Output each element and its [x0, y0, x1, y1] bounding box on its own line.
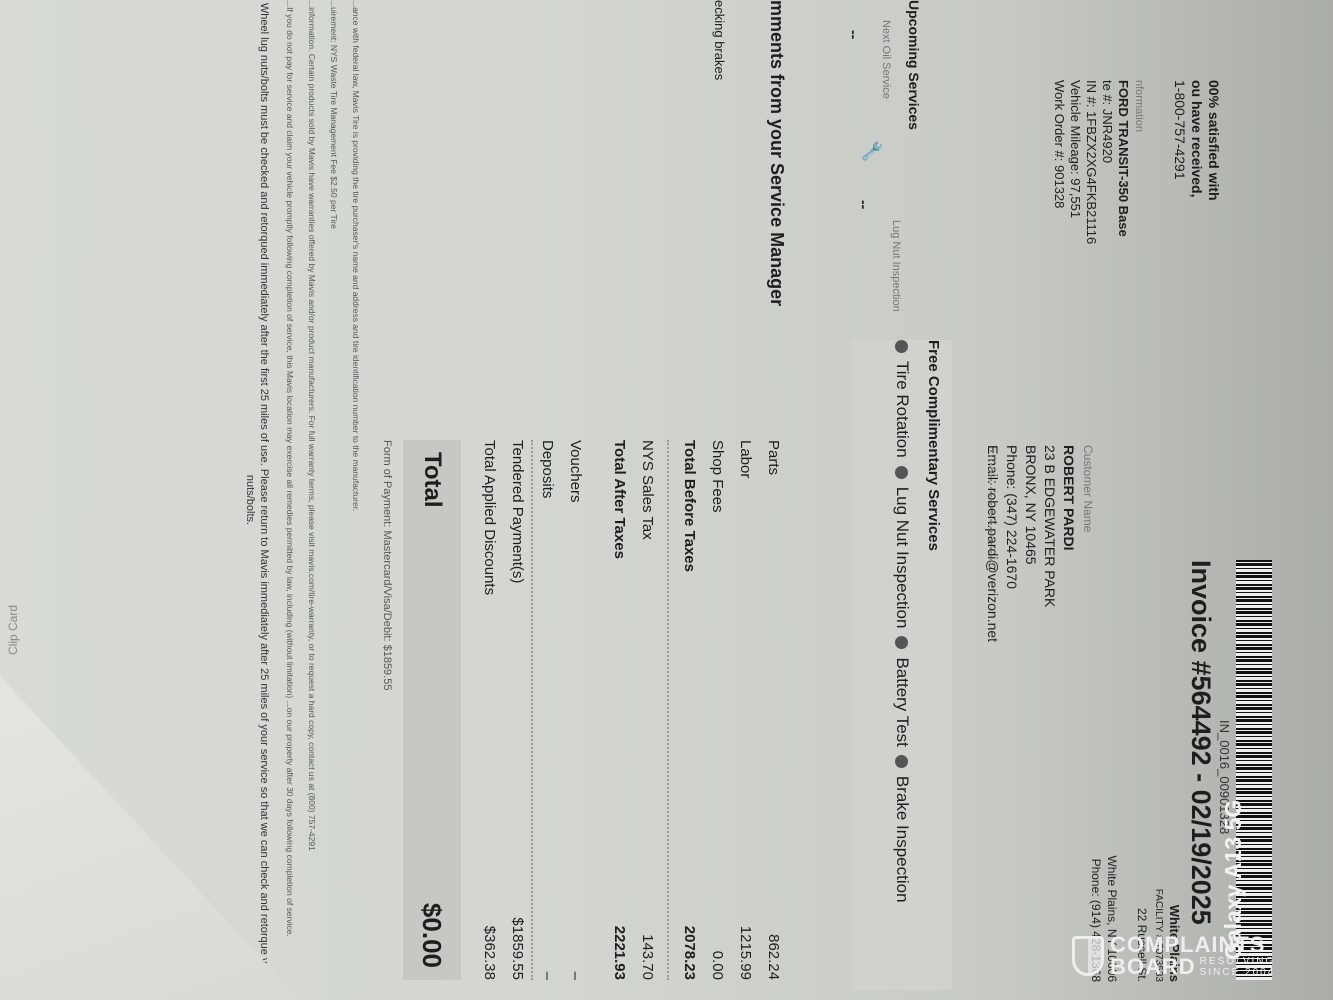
vehicle-label: nformation [1131, 80, 1147, 380]
label: Total Before Taxes [675, 440, 703, 572]
fine-print-line: ...If you do not pay for service and cla… [279, 0, 301, 1000]
total-label: Total [418, 452, 446, 508]
total-value: $0.00 [417, 903, 448, 968]
row-total-before-taxes: Total Before Taxes2078.23 [675, 440, 703, 980]
complimentary-item: Tire Rotation [892, 361, 912, 458]
comments-title: mments from your Service Manager [766, 0, 787, 306]
work-order: Work Order #: 901328 [1051, 80, 1067, 380]
check-icon [896, 340, 909, 353]
vehicle-mileage: Vehicle Mileage: 97,551 [1067, 80, 1083, 380]
divider [667, 440, 669, 980]
watermark-line2: BOARD [1110, 956, 1196, 978]
complimentary-item: Brake Inspection [892, 776, 912, 903]
fine-print: ...ance with federal law, Mavis Tire is … [243, 0, 367, 1000]
divider [531, 440, 533, 980]
watermark-sub: RESOLVING SINCE 2004 [1200, 956, 1276, 978]
customer-info: Customer Name ROBERT PARDI 23 B EDGEWATE… [983, 445, 1097, 775]
label: NYS Sales Tax [633, 440, 661, 540]
complimentary-item: Battery Test [892, 657, 912, 746]
value: $1859.55 [503, 917, 531, 980]
customer-phone: Phone: (347) 224-1670 [1002, 445, 1021, 775]
lug-nut-notice: Wheel lug nuts/bolts must be checked and… [243, 0, 271, 1000]
watermark-sub1: RESOLVING [1200, 956, 1276, 967]
row-total-after-taxes: Total After Taxes2221.93 [605, 440, 633, 980]
value: 1215.99 [731, 926, 759, 980]
value: 143.70 [633, 934, 661, 980]
watermark-line1: COMPLAINTS [1110, 934, 1275, 956]
vehicle-vin: IN #: 1FBZX2XG4FKB21116 [1083, 80, 1099, 380]
value: – [533, 972, 561, 980]
customer-email: Email: robert.pardi@verizon.net [983, 445, 1002, 775]
complaints-board-watermark: COMPLAINTS BOARD RESOLVING SINCE 2004 [1072, 934, 1275, 978]
row-labor: Labor1215.99 [731, 440, 759, 980]
upcoming-title: Upcoming Services [906, 0, 922, 130]
vehicle-model: FORD TRANSIT-350 Base [1115, 80, 1131, 380]
satisfaction-line2: ou have received, [1188, 80, 1205, 380]
invoice-title: Invoice #564492 - 02/19/2025 [1185, 560, 1216, 925]
satisfaction-note: 00% satisfied with ou have received, 1-8… [1171, 80, 1222, 380]
vehicle-info: nformation FORD TRANSIT-350 Base te #: J… [1051, 80, 1147, 380]
value: 0.00 [703, 951, 731, 980]
shield-icon [1072, 936, 1104, 976]
check-icon [896, 466, 909, 479]
customer-label: Customer Name [1078, 445, 1097, 775]
wrench-icon: 🔧 [861, 140, 882, 162]
row-shop-fees: Shop Fees0.00 [703, 440, 731, 980]
comments-body: ecking brakes [712, 0, 727, 80]
invoice-paper: IN_0016_00901328 Invoice #564492 - 02/19… [0, 0, 1332, 1000]
value: 2221.93 [605, 926, 633, 980]
label: Shop Fees [703, 440, 731, 513]
customer-name: ROBERT PARDI [1059, 445, 1078, 775]
value: 2078.23 [675, 926, 703, 980]
satisfaction-line1: 00% satisfied with [1205, 80, 1222, 380]
label: Total After Taxes [605, 440, 633, 559]
row-vouchers: Vouchers– [561, 440, 589, 980]
label: Vouchers [561, 440, 589, 503]
fine-print-line: ...ance with federal law, Mavis Tire is … [345, 0, 367, 1000]
customer-address2: BRONX, NY 10465 [1021, 445, 1040, 775]
upcoming-item-label: Next Oil Service [880, 20, 892, 99]
form-of-payment: Form of Payment: Mastercard/Visa/Debit: … [381, 440, 393, 980]
row-sales-tax: NYS Sales Tax143.70 [633, 440, 661, 980]
totals-table: Parts862.24 Labor1215.99 Shop Fees0.00 T… [381, 440, 787, 980]
clip-card-text: Clip Card [6, 605, 20, 655]
row-discounts: Total Applied Discounts$362.38 [475, 440, 503, 980]
value: 862.24 [759, 934, 787, 980]
upcoming-item-label: Lug Nut Inspection [890, 220, 902, 312]
label: Parts [759, 440, 787, 475]
divider [990, 450, 992, 565]
vehicle-plate: te #: JNR4920 [1099, 80, 1115, 380]
watermark-sub2: SINCE 2004 [1200, 967, 1276, 978]
fine-print-line: ...information. Certain products sold by… [301, 0, 323, 1000]
customer-address1: 23 B EDGEWATER PARK [1040, 445, 1059, 775]
complimentary-item: Lug Nut Inspection [892, 487, 912, 629]
row-deposits: Deposits– [533, 440, 561, 980]
row-tendered: Tendered Payment(s)$1859.55 [503, 440, 531, 980]
satisfaction-phone: 1-800-757-4291 [1171, 80, 1188, 380]
check-icon [896, 636, 909, 649]
label: Labor [731, 440, 759, 478]
upcoming-item-value: -- [846, 30, 862, 39]
upcoming-item-value: -- [856, 200, 872, 209]
complimentary-title: Free Complimentary Services [925, 340, 942, 551]
row-parts: Parts862.24 [759, 440, 787, 980]
value: – [561, 972, 589, 980]
total-band: Total $0.00 [403, 440, 461, 980]
complimentary-list: Tire Rotation Lug Nut Inspection Battery… [892, 340, 912, 903]
check-icon [896, 755, 909, 768]
value: $362.38 [475, 926, 503, 980]
label: Deposits [533, 440, 561, 498]
fine-print-line: ...uirement: NYS Waste Tire Management F… [323, 0, 345, 1000]
label: Total Applied Discounts [475, 440, 503, 595]
label: Tendered Payment(s) [503, 440, 531, 583]
